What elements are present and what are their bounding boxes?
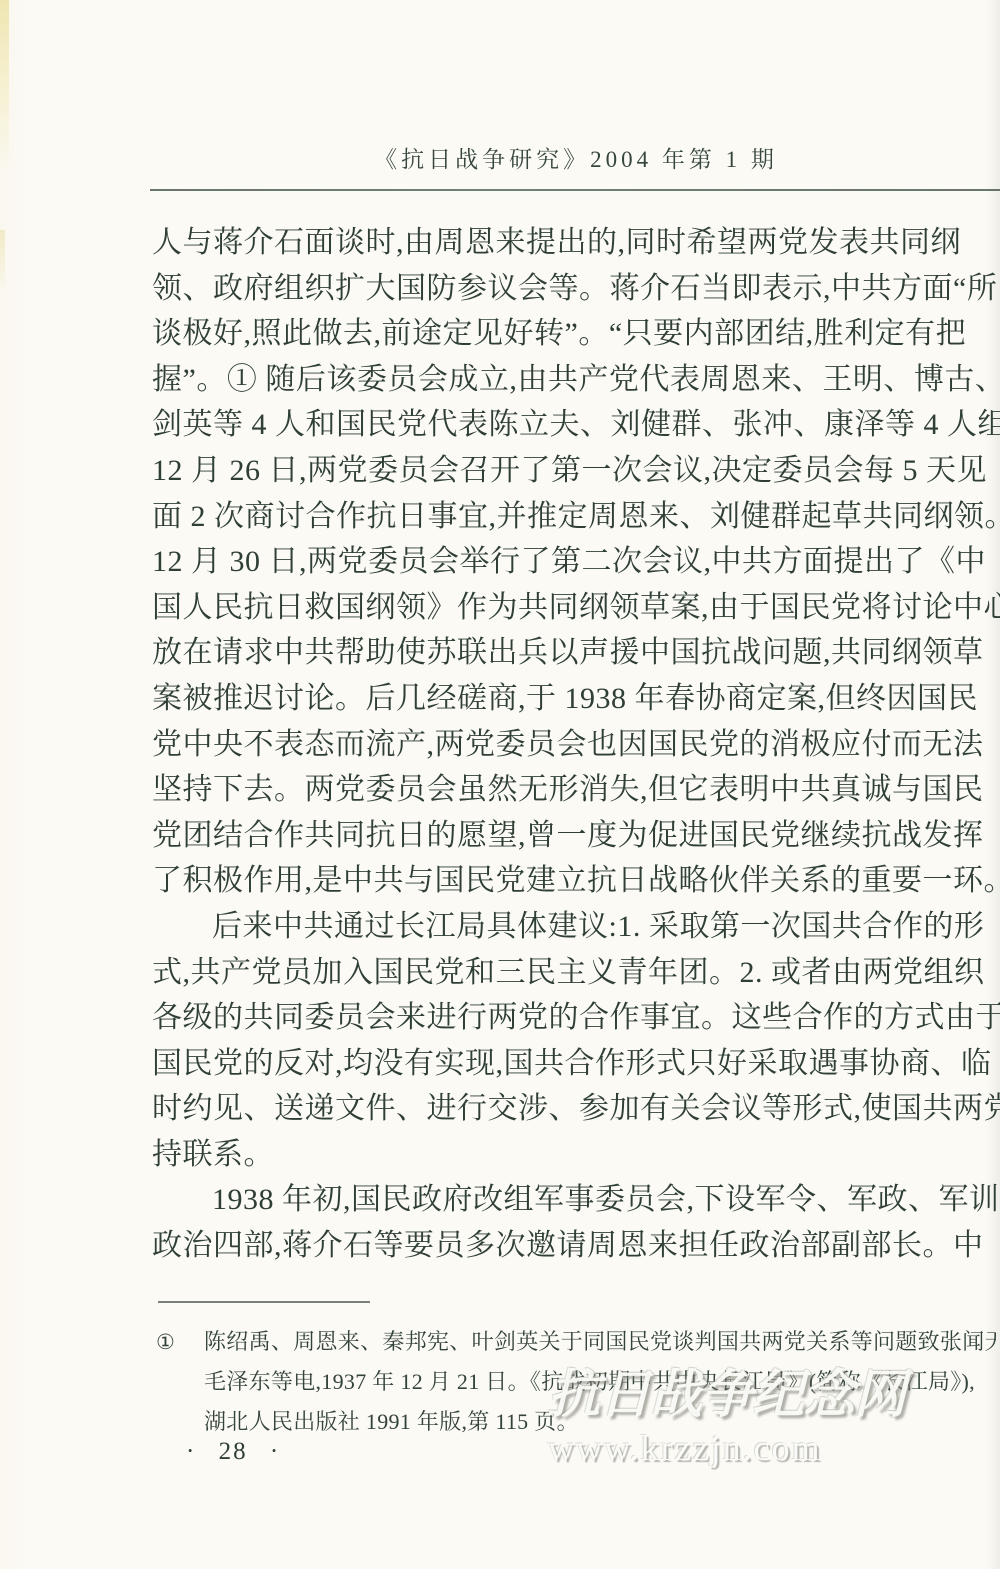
body-line: 党团结合作共同抗日的愿望,曾一度为促进国民党继续抗战发挥 <box>152 813 1000 859</box>
body-line: 各级的共同委员会来进行两党的合作事宜。这些合作的方式由于 <box>152 995 1000 1041</box>
footnote-line: 湖北人民出版社 1991 年版,第 115 页。 <box>204 1402 996 1442</box>
body-line: 面 2 次商讨合作抗日事宜,并推定周恩来、刘健群起草共同纲领。 <box>152 494 1000 540</box>
body-line-paragraph-start: 1938 年初,国民政府改组军事委员会,下设军令、军政、军训、 <box>152 1177 1000 1223</box>
footnote-line: 毛泽东等电,1937 年 12 月 21 日。《抗战初期中共中央长江局》(简称《… <box>204 1362 996 1402</box>
body-line: 国人民抗日救国纲领》作为共同纲领草案,由于国民党将讨论中心 <box>152 585 1000 631</box>
body-line: 党中央不表态而流产,两党委员会也因国民党的消极应付而无法 <box>152 722 1000 768</box>
body-line: 式,共产党员加入国民党和三民主义青年团。2. 或者由两党组织 <box>152 950 1000 996</box>
body-line: 谈极好,照此做去,前途定见好转”。“只要内部团结,胜利定有把 <box>152 311 1000 357</box>
body-line: 12 月 30 日,两党委员会举行了第二次会议,中共方面提出了《中 <box>152 539 1000 585</box>
body-line: 放在请求中共帮助使苏联出兵以声援中国抗战问题,共同纲领草 <box>152 630 1000 676</box>
body-line: 国民党的反对,均没有实现,国共合作形式只好采取遇事协商、临 <box>152 1041 1000 1087</box>
footnote-line: 陈绍禹、周恩来、秦邦宪、叶剑英关于同国民党谈判国共两党关系等问题致张闻天、 <box>204 1322 996 1362</box>
footnote-text: 陈绍禹、周恩来、秦邦宪、叶剑英关于同国民党谈判国共两党关系等问题致张闻天、 毛泽… <box>204 1322 996 1442</box>
body-line-paragraph-start: 后来中共通过长江局具体建议:1. 采取第一次国共合作的形 <box>152 904 1000 950</box>
body-line: 剑英等 4 人和国民党代表陈立夫、刘健群、张冲、康泽等 4 人组成。 <box>152 402 1000 448</box>
body-line: 案被推迟讨论。后几经磋商,于 1938 年春协商定案,但终因国民 <box>152 676 1000 722</box>
page-number: · 28 · <box>186 1438 280 1466</box>
body-line: 时约见、送递文件、进行交涉、参加有关会议等形式,使国共两党保 <box>152 1086 1000 1132</box>
scan-edge-artifact <box>0 230 5 290</box>
header-rule <box>150 189 1000 191</box>
body-line: 了积极作用,是中共与国民党建立抗日战略伙伴关系的重要一环。 <box>152 858 1000 904</box>
body-line: 人与蒋介石面谈时,由周恩来提出的,同时希望两党发表共同纲 <box>152 220 1000 266</box>
body-line: 坚持下去。两党委员会虽然无形消失,但它表明中共真诚与国民 <box>152 767 1000 813</box>
article-body: 人与蒋介石面谈时,由周恩来提出的,同时希望两党发表共同纲 领、政府组织扩大国防参… <box>152 220 1000 1269</box>
journal-header: 《抗日战争研究》2004 年第 1 期 <box>152 142 1000 178</box>
scanned-journal-page: 《抗日战争研究》2004 年第 1 期 人与蒋介石面谈时,由周恩来提出的,同时希… <box>0 0 1000 1569</box>
footnote-marker: ① <box>156 1322 204 1442</box>
footnote: ① 陈绍禹、周恩来、秦邦宪、叶剑英关于同国民党谈判国共两党关系等问题致张闻天、 … <box>156 1322 996 1442</box>
body-line: 政治四部,蒋介石等要员多次邀请周恩来担任政治部副部长。中 <box>152 1223 1000 1269</box>
scan-edge-artifact <box>0 0 9 170</box>
body-line: 握”。① 随后该委员会成立,由共产党代表周恩来、王明、博古、叶 <box>152 357 1000 403</box>
body-line: 12 月 26 日,两党委员会召开了第一次会议,决定委员会每 5 天见 <box>152 448 1000 494</box>
footnote-separator <box>158 1301 370 1303</box>
body-line: 领、政府组织扩大国防参议会等。蒋介石当即表示,中共方面“所 <box>152 266 1000 312</box>
body-line: 持联系。 <box>152 1132 1000 1178</box>
